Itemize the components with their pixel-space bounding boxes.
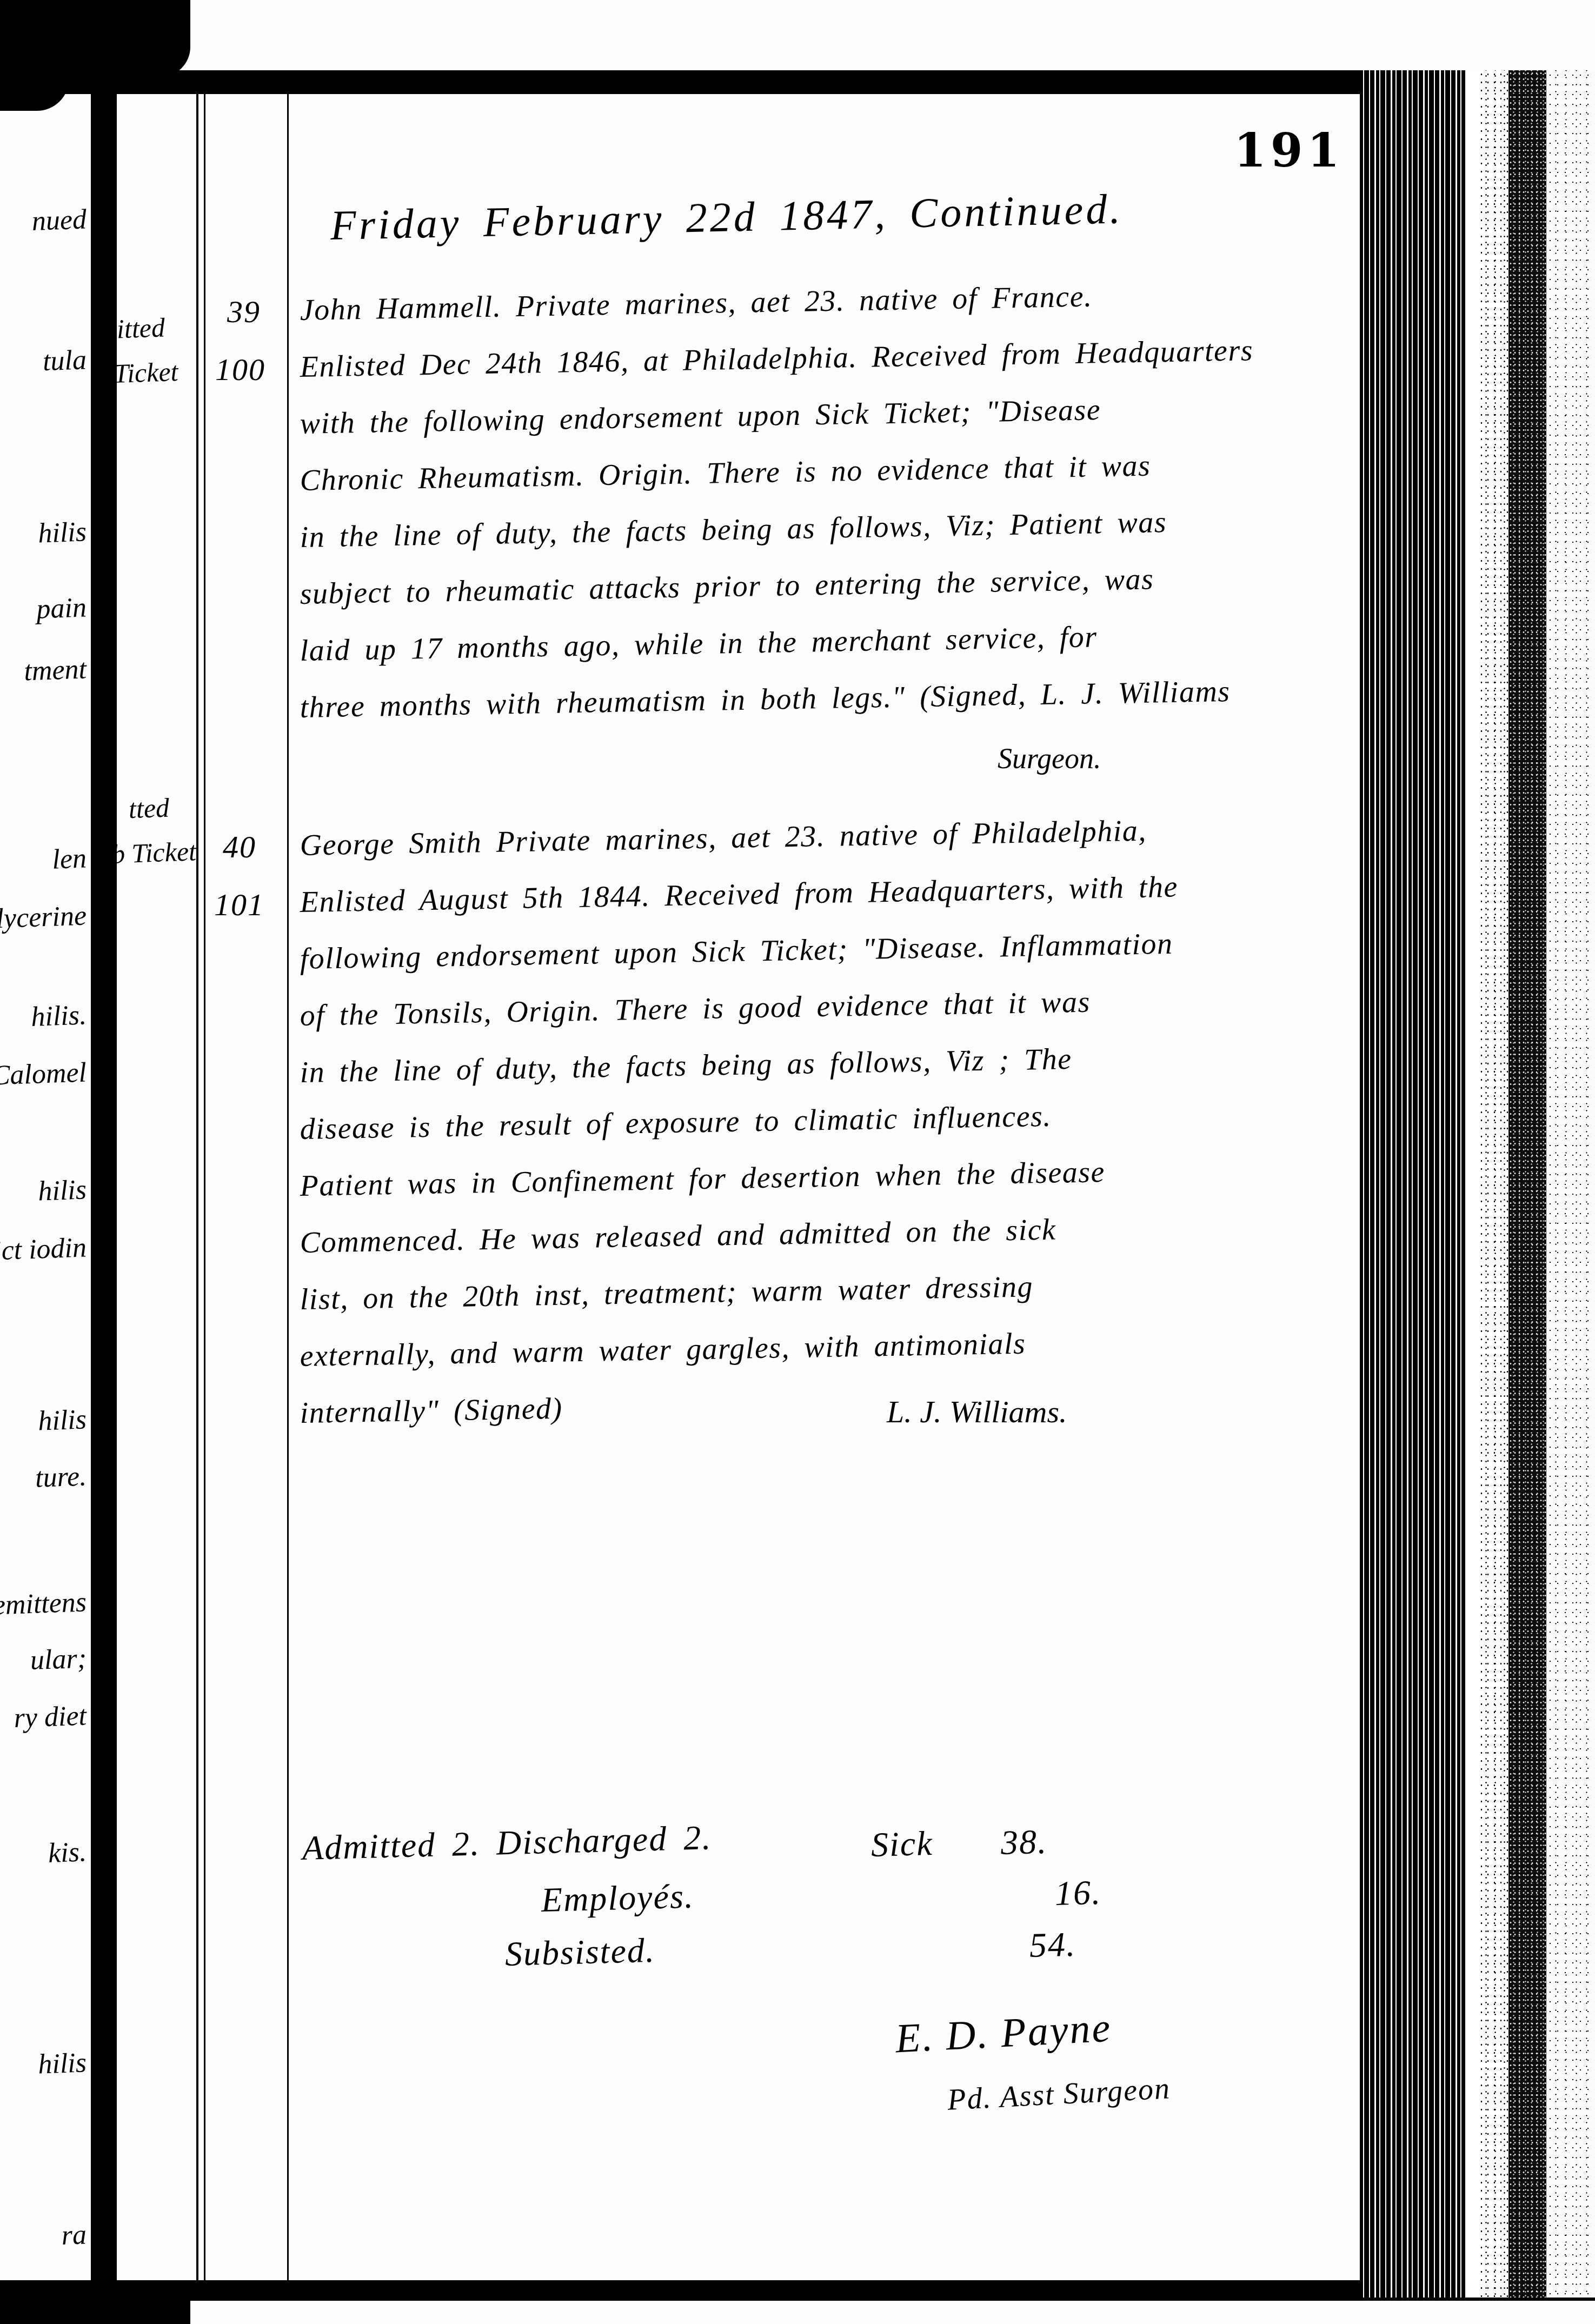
- page-number: 191: [1234, 123, 1344, 178]
- margin-sick-ticket-label: b Ticket: [111, 835, 197, 869]
- ticket-number: 101: [214, 887, 264, 923]
- surgeon-signature-title: Pd. Asst Surgeon: [947, 2071, 1172, 2117]
- margin-admitted-label: tted: [128, 792, 170, 825]
- facing-page-fragment: pain: [0, 591, 87, 627]
- summary-subsisted-label: Subsisted.: [504, 1930, 656, 1974]
- book-fore-edge-speckle-inner: [1478, 70, 1508, 2298]
- book-fore-edge-striations: [1360, 70, 1465, 2298]
- ledger-rule-double-left: [196, 94, 198, 2280]
- facing-page-fragment: tment: [0, 653, 87, 689]
- facing-page-fragment: ict iodin: [0, 1231, 87, 1267]
- facing-page-fragment: hilis: [0, 1174, 87, 1209]
- scan-bottom-edge-band: [0, 2280, 1595, 2301]
- facing-page-fragment: ra: [0, 2219, 87, 2254]
- entry-george-smith: George Smith Private marines, aet 23. na…: [301, 828, 1371, 1453]
- facing-page-fragment: ture.: [0, 1460, 87, 1496]
- facing-page-fragment: tula: [0, 344, 87, 379]
- facing-page-fragment: hilis: [0, 516, 87, 551]
- margin-sick-ticket-label: Ticket: [113, 356, 178, 389]
- facing-page-fragment: hilis: [0, 1403, 87, 1439]
- book-fore-edge-gap: [1465, 70, 1478, 2298]
- facing-page-fragment: nued: [0, 203, 87, 239]
- facing-page-fragment: Remittens: [0, 1586, 87, 1622]
- ledger-rule-single: [287, 94, 289, 2280]
- entry-john-hammell: John Hammell. Private marines, aet 23. n…: [301, 293, 1371, 747]
- surgeon-signature-name: E. D. Payne: [894, 2005, 1113, 2063]
- ledger-rule-double-right: [204, 94, 205, 2280]
- facing-page-fragment: Calomel: [0, 1056, 87, 1092]
- facing-page-fragment: len: [0, 842, 87, 878]
- summary-sick-label: Sick: [870, 1823, 933, 1865]
- case-number: 40: [223, 829, 256, 865]
- case-number: 39: [227, 294, 261, 330]
- facing-page-fragment: hilis.: [0, 999, 87, 1035]
- summary-subsisted-value: 54.: [1029, 1925, 1076, 1966]
- facing-page-fragment: Glycerine: [0, 900, 87, 935]
- facing-page-fragment: ular;: [0, 1642, 87, 1678]
- scanned-ledger-page: 191 nued tula hilis pain tment len Glyce…: [0, 0, 1595, 2324]
- entry-closing-surgeon: Surgeon.: [998, 742, 1101, 775]
- facing-page-fragment: kis.: [0, 1836, 87, 1872]
- book-fore-edge-speckle-outer: [1546, 70, 1595, 2298]
- summary-admitted-discharged: Admitted 2. Discharged 2.: [302, 1817, 712, 1868]
- facing-page-fragment: hilis: [0, 2047, 87, 2082]
- date-heading: Friday February 22d 1847, Continued.: [330, 184, 1123, 250]
- summary-sick-value: 38.: [1000, 1822, 1048, 1863]
- scan-corner-shadow-bottom-left: [0, 2280, 190, 2324]
- summary-employes-label: Employés.: [541, 1876, 695, 1920]
- summary-employes-value: 16.: [1054, 1873, 1102, 1914]
- margin-admitted-label: itted: [116, 311, 165, 344]
- ticket-number: 100: [215, 351, 265, 388]
- entry-closing-signature: L. J. Williams.: [887, 1394, 1067, 1430]
- book-gutter-shadow: [91, 0, 117, 2324]
- book-fore-edge-dark-band: [1508, 70, 1546, 2298]
- scan-corner-shadow-top-left-stub: [0, 0, 69, 111]
- facing-page-fragment: ry diet: [0, 1700, 87, 1735]
- scan-top-edge-band: [0, 70, 1595, 94]
